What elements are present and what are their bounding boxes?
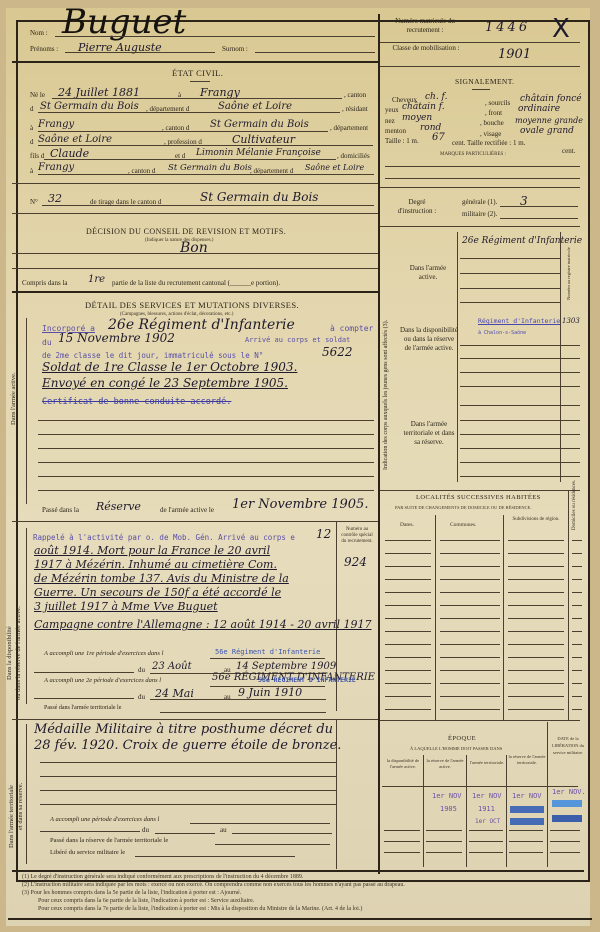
footnote-3: (3) Pour les hommes compris dans la 5e p…	[22, 890, 241, 896]
matricule-mark: X	[552, 14, 570, 44]
nom-label: Nom :	[30, 29, 48, 37]
matricule-value: 1446	[485, 20, 530, 35]
domicile-canton: St Germain du Bois	[168, 163, 252, 173]
birth-canton: St Germain du Bois	[40, 101, 139, 112]
etat-civil-title: ÉTAT CIVIL.	[172, 68, 223, 78]
tirage-canton: St Germain du Bois	[200, 190, 318, 204]
matricule-label: Numéro matricule du recrutement :	[390, 17, 460, 35]
compris-value: 1re	[88, 274, 105, 285]
taille-value: 67	[432, 132, 445, 143]
column-divider	[378, 14, 380, 874]
services-title: DÉTAIL DES SERVICES ET MUTATIONS DIVERSE…	[85, 300, 299, 310]
ink-stamp	[552, 800, 582, 807]
residence: Frangy	[38, 119, 74, 130]
corps-side-label: Indication des corps auxquels les jeunes…	[383, 320, 389, 470]
disponibilite-number: 1303	[562, 317, 580, 325]
numero-value: 924	[344, 555, 367, 569]
numero-header: Numéro au contrôle spécial du recrutemen…	[340, 527, 374, 545]
footnote-5: Pour ceux compris dans la 7e partie de l…	[38, 906, 362, 912]
corps-active-value: 26e Régiment d'Infanterie	[462, 236, 582, 246]
footnote-4: Pour ceux compris dans la 6e partie de l…	[38, 898, 254, 904]
birth-department: Saône et Loire	[218, 101, 292, 112]
mother-name: Limonin Mélanie Françoise	[196, 148, 321, 158]
footnote-1: (1) Le degré d'instruction générale sera…	[22, 874, 303, 880]
surnom-label: Surnom :	[222, 45, 248, 53]
domicile-department: Saône et Loire	[305, 163, 364, 172]
ink-stamp	[552, 815, 582, 822]
ink-stamp	[510, 818, 544, 825]
classe-label: Classe de mobilisation :	[392, 44, 460, 53]
services-side-label: Dans l'armée active.	[10, 372, 17, 425]
periode2-unit-stamp: 56e RÉGIMENT D'INFANTERIE	[258, 676, 356, 684]
croix-line: 28 fév. 1920. Croix de guerre étoile de …	[34, 738, 341, 753]
decision-title: DÉCISION DU CONSEIL DE REVISION ET MOTIF…	[86, 227, 286, 236]
classe-value: 1901	[498, 47, 531, 62]
epoque-title: ÉPOQUE	[448, 735, 476, 742]
passe-value: Réserve	[96, 500, 141, 513]
prenoms-label: Prénoms :	[30, 45, 58, 53]
domicile: Frangy	[38, 162, 74, 173]
residence-department: Saône et Loire	[38, 134, 112, 145]
footnote-2: (2) L'instruction militaire sera indiqué…	[22, 882, 405, 888]
medaille-line: Médaille Militaire à titre posthume décr…	[34, 722, 333, 737]
signalement-title: SIGNALEMENT.	[455, 77, 514, 86]
instruction-label: Degré d'instruction :	[392, 198, 442, 216]
localites-title: LOCALITÉS SUCCESSIVES HABITÉES	[416, 494, 541, 501]
ink-stamp	[510, 806, 544, 813]
tirage-number: 32	[48, 192, 62, 205]
residence-canton: St Germain du Bois	[210, 119, 309, 130]
passe-date: 1er Novembre 1905.	[232, 497, 368, 512]
